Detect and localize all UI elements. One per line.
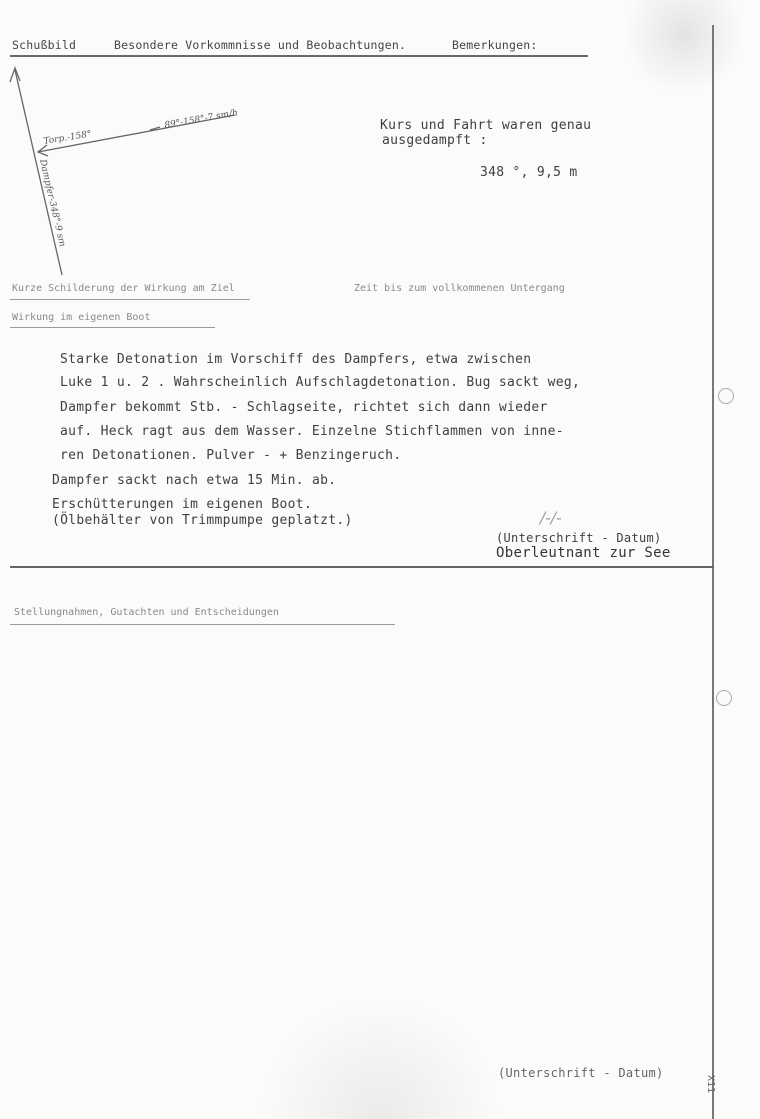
section-underline: [10, 327, 215, 328]
right-margin-line: [712, 25, 714, 1119]
comments-underline: [10, 624, 395, 625]
signature-rank: Oberleutnant zur See: [496, 545, 671, 561]
sinking-time-line: Dampfer sackt nach etwa 15 Min. ab.: [52, 473, 336, 488]
section-underline: [10, 299, 250, 300]
svg-text:89°-158°-7 sm/h: 89°-158°-7 sm/h: [164, 108, 239, 131]
bottom-signature-label: (Unterschrift - Datum): [498, 1066, 664, 1080]
header-remarks: Bemerkungen:: [452, 38, 537, 52]
report-line: Dampfer bekommt Stb. - Schlagseite, rich…: [60, 400, 548, 415]
section-divider: [10, 566, 714, 568]
course-note-line1: Kurs und Fahrt waren genau: [380, 118, 591, 133]
report-line: Starke Detonation im Vorschiff des Dampf…: [60, 352, 531, 367]
punch-hole-mark: [718, 388, 734, 404]
course-speed-value: 348 °, 9,5 m: [480, 165, 578, 180]
course-note-line2: ausgedampft :: [382, 133, 488, 148]
own-boat-line: Erschütterungen im eigenen Boot.: [52, 497, 312, 512]
shot-sketch-diagram: Torp.-158° 89°-158°-7 sm/h Dampfer-348°-…: [0, 60, 320, 290]
punch-hole-mark: [716, 690, 732, 706]
section-time-to-sink: Zeit bis zum vollkommenen Untergang: [354, 283, 565, 294]
report-line: auf. Heck ragt aus dem Wasser. Einzelne …: [60, 424, 564, 439]
signature-label: (Unterschrift - Datum): [496, 531, 662, 545]
report-line: ren Detonationen. Pulver - + Benzingeruc…: [60, 448, 401, 463]
section-effect-on-target: Kurze Schilderung der Wirkung am Ziel: [12, 283, 235, 294]
section-effect-own-boat: Wirkung im eigenen Boot: [12, 312, 150, 323]
header-underline: [10, 55, 588, 57]
header-schussbild: Schußbild: [12, 38, 76, 52]
svg-text:Dampfer-348°-9 sm: Dampfer-348°-9 sm: [37, 157, 67, 247]
header-observations: Besondere Vorkommnisse und Beobachtungen…: [114, 38, 406, 52]
report-line: Luke 1 u. 2 . Wahrscheinlich Aufschlagde…: [60, 375, 580, 390]
handwritten-signature: /-/-: [540, 508, 562, 527]
own-boat-line: (Ölbehälter von Trimmpumpe geplatzt.): [52, 513, 353, 528]
comments-section-title: Stellungnahmen, Gutachten und Entscheidu…: [14, 607, 279, 618]
margin-page-mark: X11: [705, 1075, 716, 1093]
svg-text:Torp.-158°: Torp.-158°: [43, 130, 92, 147]
